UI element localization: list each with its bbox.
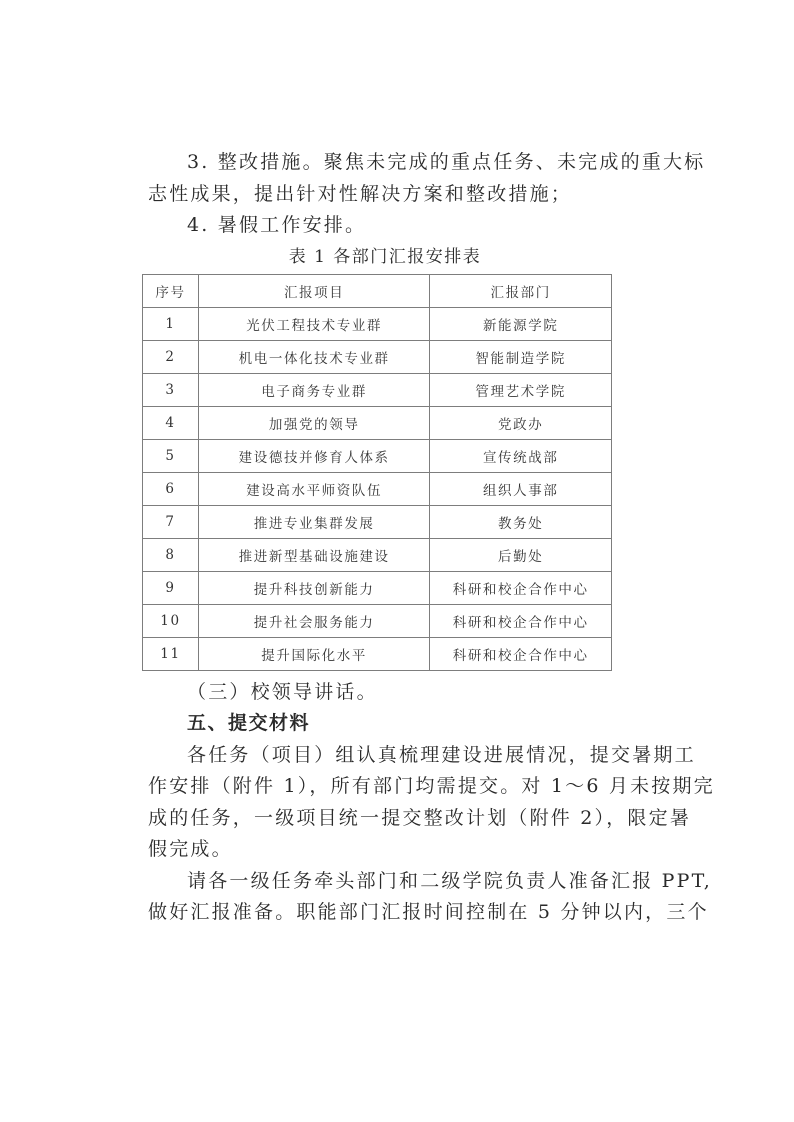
- row-item: 提升科技创新能力: [198, 572, 429, 605]
- table-row: 3 电子商务专业群 管理艺术学院: [143, 374, 612, 407]
- row-no: 7: [143, 506, 199, 539]
- row-no: 9: [143, 572, 199, 605]
- row-no: 6: [143, 473, 199, 506]
- table-caption: 表 1 各部门汇报安排表: [0, 246, 770, 268]
- row-dept: 管理艺术学院: [430, 374, 612, 407]
- row-item: 机电一体化技术专业群: [198, 341, 429, 374]
- row-dept: 后勤处: [430, 539, 612, 572]
- row-item: 提升社会服务能力: [198, 605, 429, 638]
- section5-p1-line1: 各任务（项目）组认真梳理建设进展情况，提交暑期工: [187, 743, 696, 767]
- row-item: 提升国际化水平: [198, 638, 429, 671]
- row-dept: 科研和校企合作中心: [430, 572, 612, 605]
- item3-line1: 3. 整改措施。聚焦未完成的重点任务、未完成的重大标: [187, 150, 705, 174]
- section5-p1-line2: 作安排（附件 1），所有部门均需提交。对 1～6 月未按期完: [148, 774, 715, 798]
- row-dept: 科研和校企合作中心: [430, 638, 612, 671]
- row-no: 11: [143, 638, 199, 671]
- table-row: 10 提升社会服务能力 科研和校企合作中心: [143, 605, 612, 638]
- table-row: 11 提升国际化水平 科研和校企合作中心: [143, 638, 612, 671]
- row-item: 推进专业集群发展: [198, 506, 429, 539]
- table-row: 9 提升科技创新能力 科研和校企合作中心: [143, 572, 612, 605]
- row-dept: 科研和校企合作中心: [430, 605, 612, 638]
- row-item: 建设德技并修育人体系: [198, 440, 429, 473]
- report-schedule-table: 序号 汇报项目 汇报部门 1 光伏工程技术专业群 新能源学院 2 机电一体化技术…: [142, 274, 612, 671]
- row-dept: 党政办: [430, 407, 612, 440]
- item3-line2: 志性成果，提出针对性解决方案和整改措施；: [148, 182, 572, 206]
- row-dept: 新能源学院: [430, 308, 612, 341]
- table-row: 2 机电一体化技术专业群 智能制造学院: [143, 341, 612, 374]
- header-dept: 汇报部门: [430, 275, 612, 308]
- row-no: 5: [143, 440, 199, 473]
- section5-heading: 五、提交材料: [187, 711, 310, 735]
- row-no: 10: [143, 605, 199, 638]
- row-item: 推进新型基础设施建设: [198, 539, 429, 572]
- section3-text: （三）校领导讲话。: [187, 680, 378, 704]
- row-item: 加强党的领导: [198, 407, 429, 440]
- section5-p1-line3: 成的任务，一级项目统一提交整改计划（附件 2），限定暑: [148, 806, 691, 830]
- row-no: 1: [143, 308, 199, 341]
- row-dept: 宣传统战部: [430, 440, 612, 473]
- row-dept: 组织人事部: [430, 473, 612, 506]
- header-item: 汇报项目: [198, 275, 429, 308]
- section5-p1-line4: 假完成。: [148, 837, 233, 861]
- row-no: 4: [143, 407, 199, 440]
- table-row: 7 推进专业集群发展 教务处: [143, 506, 612, 539]
- row-dept: 教务处: [430, 506, 612, 539]
- row-no: 2: [143, 341, 199, 374]
- row-no: 8: [143, 539, 199, 572]
- row-item: 建设高水平师资队伍: [198, 473, 429, 506]
- table-row: 8 推进新型基础设施建设 后勤处: [143, 539, 612, 572]
- table-row: 4 加强党的领导 党政办: [143, 407, 612, 440]
- table-row: 6 建设高水平师资队伍 组织人事部: [143, 473, 612, 506]
- row-no: 3: [143, 374, 199, 407]
- table-row: 5 建设德技并修育人体系 宣传统战部: [143, 440, 612, 473]
- row-item: 电子商务专业群: [198, 374, 429, 407]
- section5-p2-line1: 请各一级任务牵头部门和二级学院负责人准备汇报 PPT,: [187, 869, 712, 893]
- section5-p2-line2: 做好汇报准备。职能部门汇报时间控制在 5 分钟以内，三个: [148, 900, 709, 924]
- table-header-row: 序号 汇报项目 汇报部门: [143, 275, 612, 308]
- row-item: 光伏工程技术专业群: [198, 308, 429, 341]
- header-no: 序号: [143, 275, 199, 308]
- item4-text: 4. 暑假工作安排。: [187, 213, 366, 237]
- row-dept: 智能制造学院: [430, 341, 612, 374]
- table-row: 1 光伏工程技术专业群 新能源学院: [143, 308, 612, 341]
